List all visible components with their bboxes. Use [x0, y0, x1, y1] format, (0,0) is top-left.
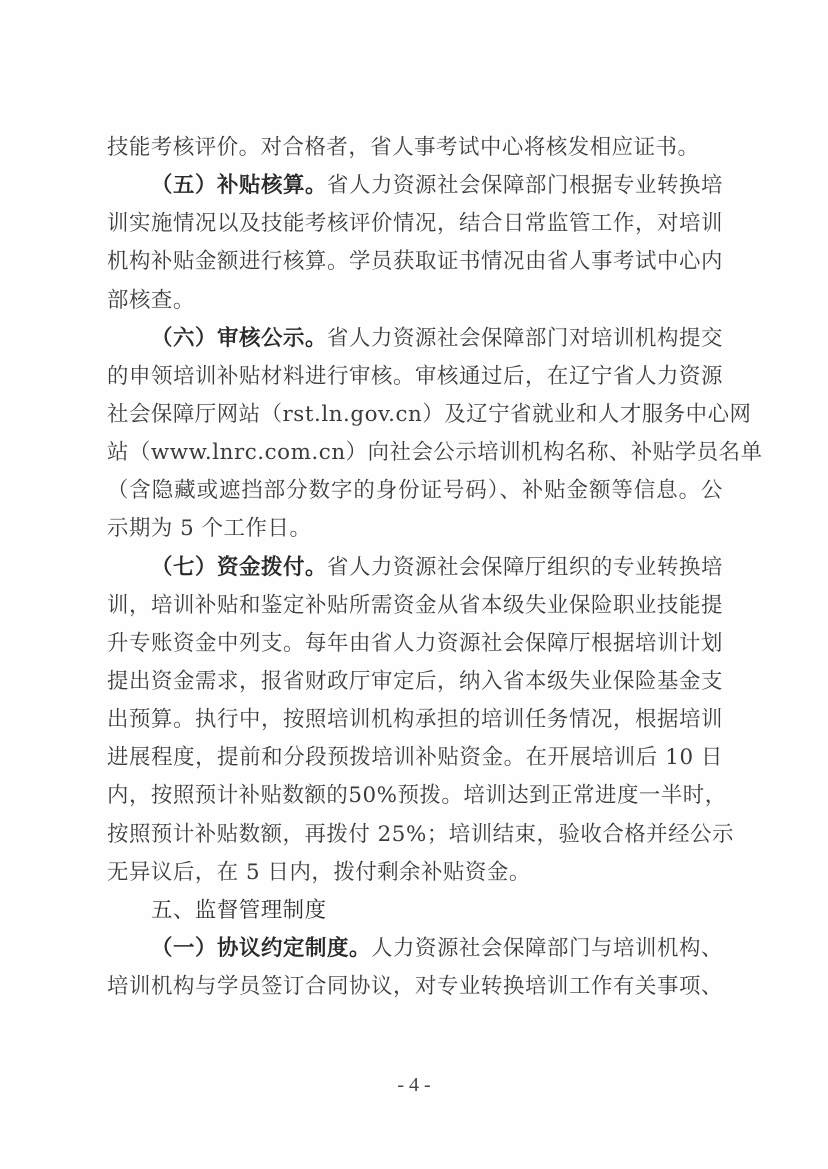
- heading-text: 五、监督管理制度: [151, 898, 327, 923]
- section-lead: （七）资金拨付。: [151, 555, 327, 580]
- section-7-fund-allocation: （七）资金拨付。省人力资源社会保障厅组织的专业转换培: [107, 549, 723, 587]
- line-text: 升专账资金中列支。每年由省人力资源社会保障厅根据培训计划: [107, 631, 723, 656]
- document-page: 技能考核评价。对合格者，省人事考试中心将核发相应证书。 （五）补贴核算。省人力资…: [0, 0, 828, 1169]
- paragraph-line: 升专账资金中列支。每年由省人力资源社会保障厅根据培训计划: [107, 625, 723, 663]
- line-text: 省人力资源社会保障部门对培训机构提交: [327, 326, 723, 351]
- paragraph-line: 部核查。: [107, 282, 723, 320]
- line-text: 提出资金需求，报省财政厅审定后，纳入省本级失业保险基金支: [107, 669, 723, 694]
- paragraph-line: 内，按照预计补贴数额的50%预拨。培训达到正常进度一半时，: [107, 777, 723, 815]
- chapter-heading-supervision: 五、监督管理制度: [107, 892, 723, 930]
- paragraph-line: 出预算。执行中，按照培训机构承担的培训任务情况，根据培训: [107, 701, 723, 739]
- line-text: 无异议后，在 5 日内，拨付剩余补贴资金。: [107, 860, 531, 885]
- line-text: 训实施情况以及技能考核评价情况，结合日常监管工作，对培训: [107, 211, 723, 236]
- section-lead: （六）审核公示。: [151, 326, 327, 351]
- section-lead: （五）补贴核算。: [151, 173, 327, 198]
- line-text: 按照预计补贴数额，再拨付 25%；培训结束，验收合格并经公示: [107, 822, 734, 847]
- paragraph-line: 的申领培训补贴材料进行审核。审核通过后，在辽宁省人力资源: [107, 358, 723, 396]
- line-text: 示期为 5 个工作日。: [107, 516, 311, 541]
- line-text: 进展程度，提前和分段预拨培训补贴资金。在开展培训后 10 日: [107, 745, 723, 770]
- line-text: 出预算。执行中，按照培训机构承担的培训任务情况，根据培训: [107, 707, 723, 732]
- paragraph-line: 按照预计补贴数额，再拨付 25%；培训结束，验收合格并经公示: [107, 816, 723, 854]
- paragraph-line: 无异议后，在 5 日内，拨付剩余补贴资金。: [107, 854, 723, 892]
- section-lead: （一）协议约定制度。: [151, 936, 371, 961]
- paragraph-line: 机构补贴金额进行核算。学员获取证书情况由省人事考试中心内: [107, 243, 723, 281]
- line-text: 机构补贴金额进行核算。学员获取证书情况由省人事考试中心内: [107, 249, 723, 274]
- document-body: 技能考核评价。对合格者，省人事考试中心将核发相应证书。 （五）补贴核算。省人力资…: [107, 129, 723, 1006]
- line-text: 的申领培训补贴材料进行审核。审核通过后，在辽宁省人力资源: [107, 364, 723, 389]
- line-text: 内，按照预计补贴数额的50%预拨。培训达到正常进度一半时，: [107, 783, 727, 808]
- paragraph-line: 示期为 5 个工作日。: [107, 510, 723, 548]
- line-text: 社会保障厅网站（rst.ln.gov.cn）及辽宁省就业和人才服务中心网: [107, 402, 751, 427]
- line-text: 省人力资源社会保障厅组织的专业转换培: [327, 555, 723, 580]
- line-text: 省人力资源社会保障部门根据专业转换培: [327, 173, 723, 198]
- line-text: 技能考核评价。对合格者，省人事考试中心将核发相应证书。: [107, 135, 699, 160]
- line-text: 人力资源社会保障部门与培训机构、: [371, 936, 723, 961]
- paragraph-line: 培训机构与学员签订合同协议，对专业转换培训工作有关事项、: [107, 968, 723, 1006]
- paragraph-line-with-url: 站（www.lnrc.com.cn）向社会公示培训机构名称、补贴学员名单: [107, 434, 723, 472]
- paragraph-line: 提出资金需求，报省财政厅审定后，纳入省本级失业保险基金支: [107, 663, 723, 701]
- paragraph-line-with-url: 社会保障厅网站（rst.ln.gov.cn）及辽宁省就业和人才服务中心网: [107, 396, 723, 434]
- section-1-agreement-system: （一）协议约定制度。人力资源社会保障部门与培训机构、: [107, 930, 723, 968]
- line-text: 部核查。: [107, 288, 195, 313]
- paragraph-line: 训，培训补贴和鉴定补贴所需资金从省本级失业保险职业技能提: [107, 587, 723, 625]
- section-6-review-publicity: （六）审核公示。省人力资源社会保障部门对培训机构提交: [107, 320, 723, 358]
- line-text: （含隐藏或遮挡部分数字的身份证号码）、补贴金额等信息。公: [107, 478, 723, 503]
- page-number: - 4 -: [0, 1074, 828, 1097]
- paragraph-line: 训实施情况以及技能考核评价情况，结合日常监管工作，对培训: [107, 205, 723, 243]
- paragraph-line: （含隐藏或遮挡部分数字的身份证号码）、补贴金额等信息。公: [107, 472, 723, 510]
- section-5-subsidy-accounting: （五）补贴核算。省人力资源社会保障部门根据专业转换培: [107, 167, 723, 205]
- line-text: 训，培训补贴和鉴定补贴所需资金从省本级失业保险职业技能提: [107, 593, 723, 618]
- line-text: 站（www.lnrc.com.cn）向社会公示培训机构名称、补贴学员名单: [107, 440, 763, 465]
- paragraph-line: 技能考核评价。对合格者，省人事考试中心将核发相应证书。: [107, 129, 723, 167]
- paragraph-line: 进展程度，提前和分段预拨培训补贴资金。在开展培训后 10 日: [107, 739, 723, 777]
- line-text: 培训机构与学员签订合同协议，对专业转换培训工作有关事项、: [107, 974, 723, 999]
